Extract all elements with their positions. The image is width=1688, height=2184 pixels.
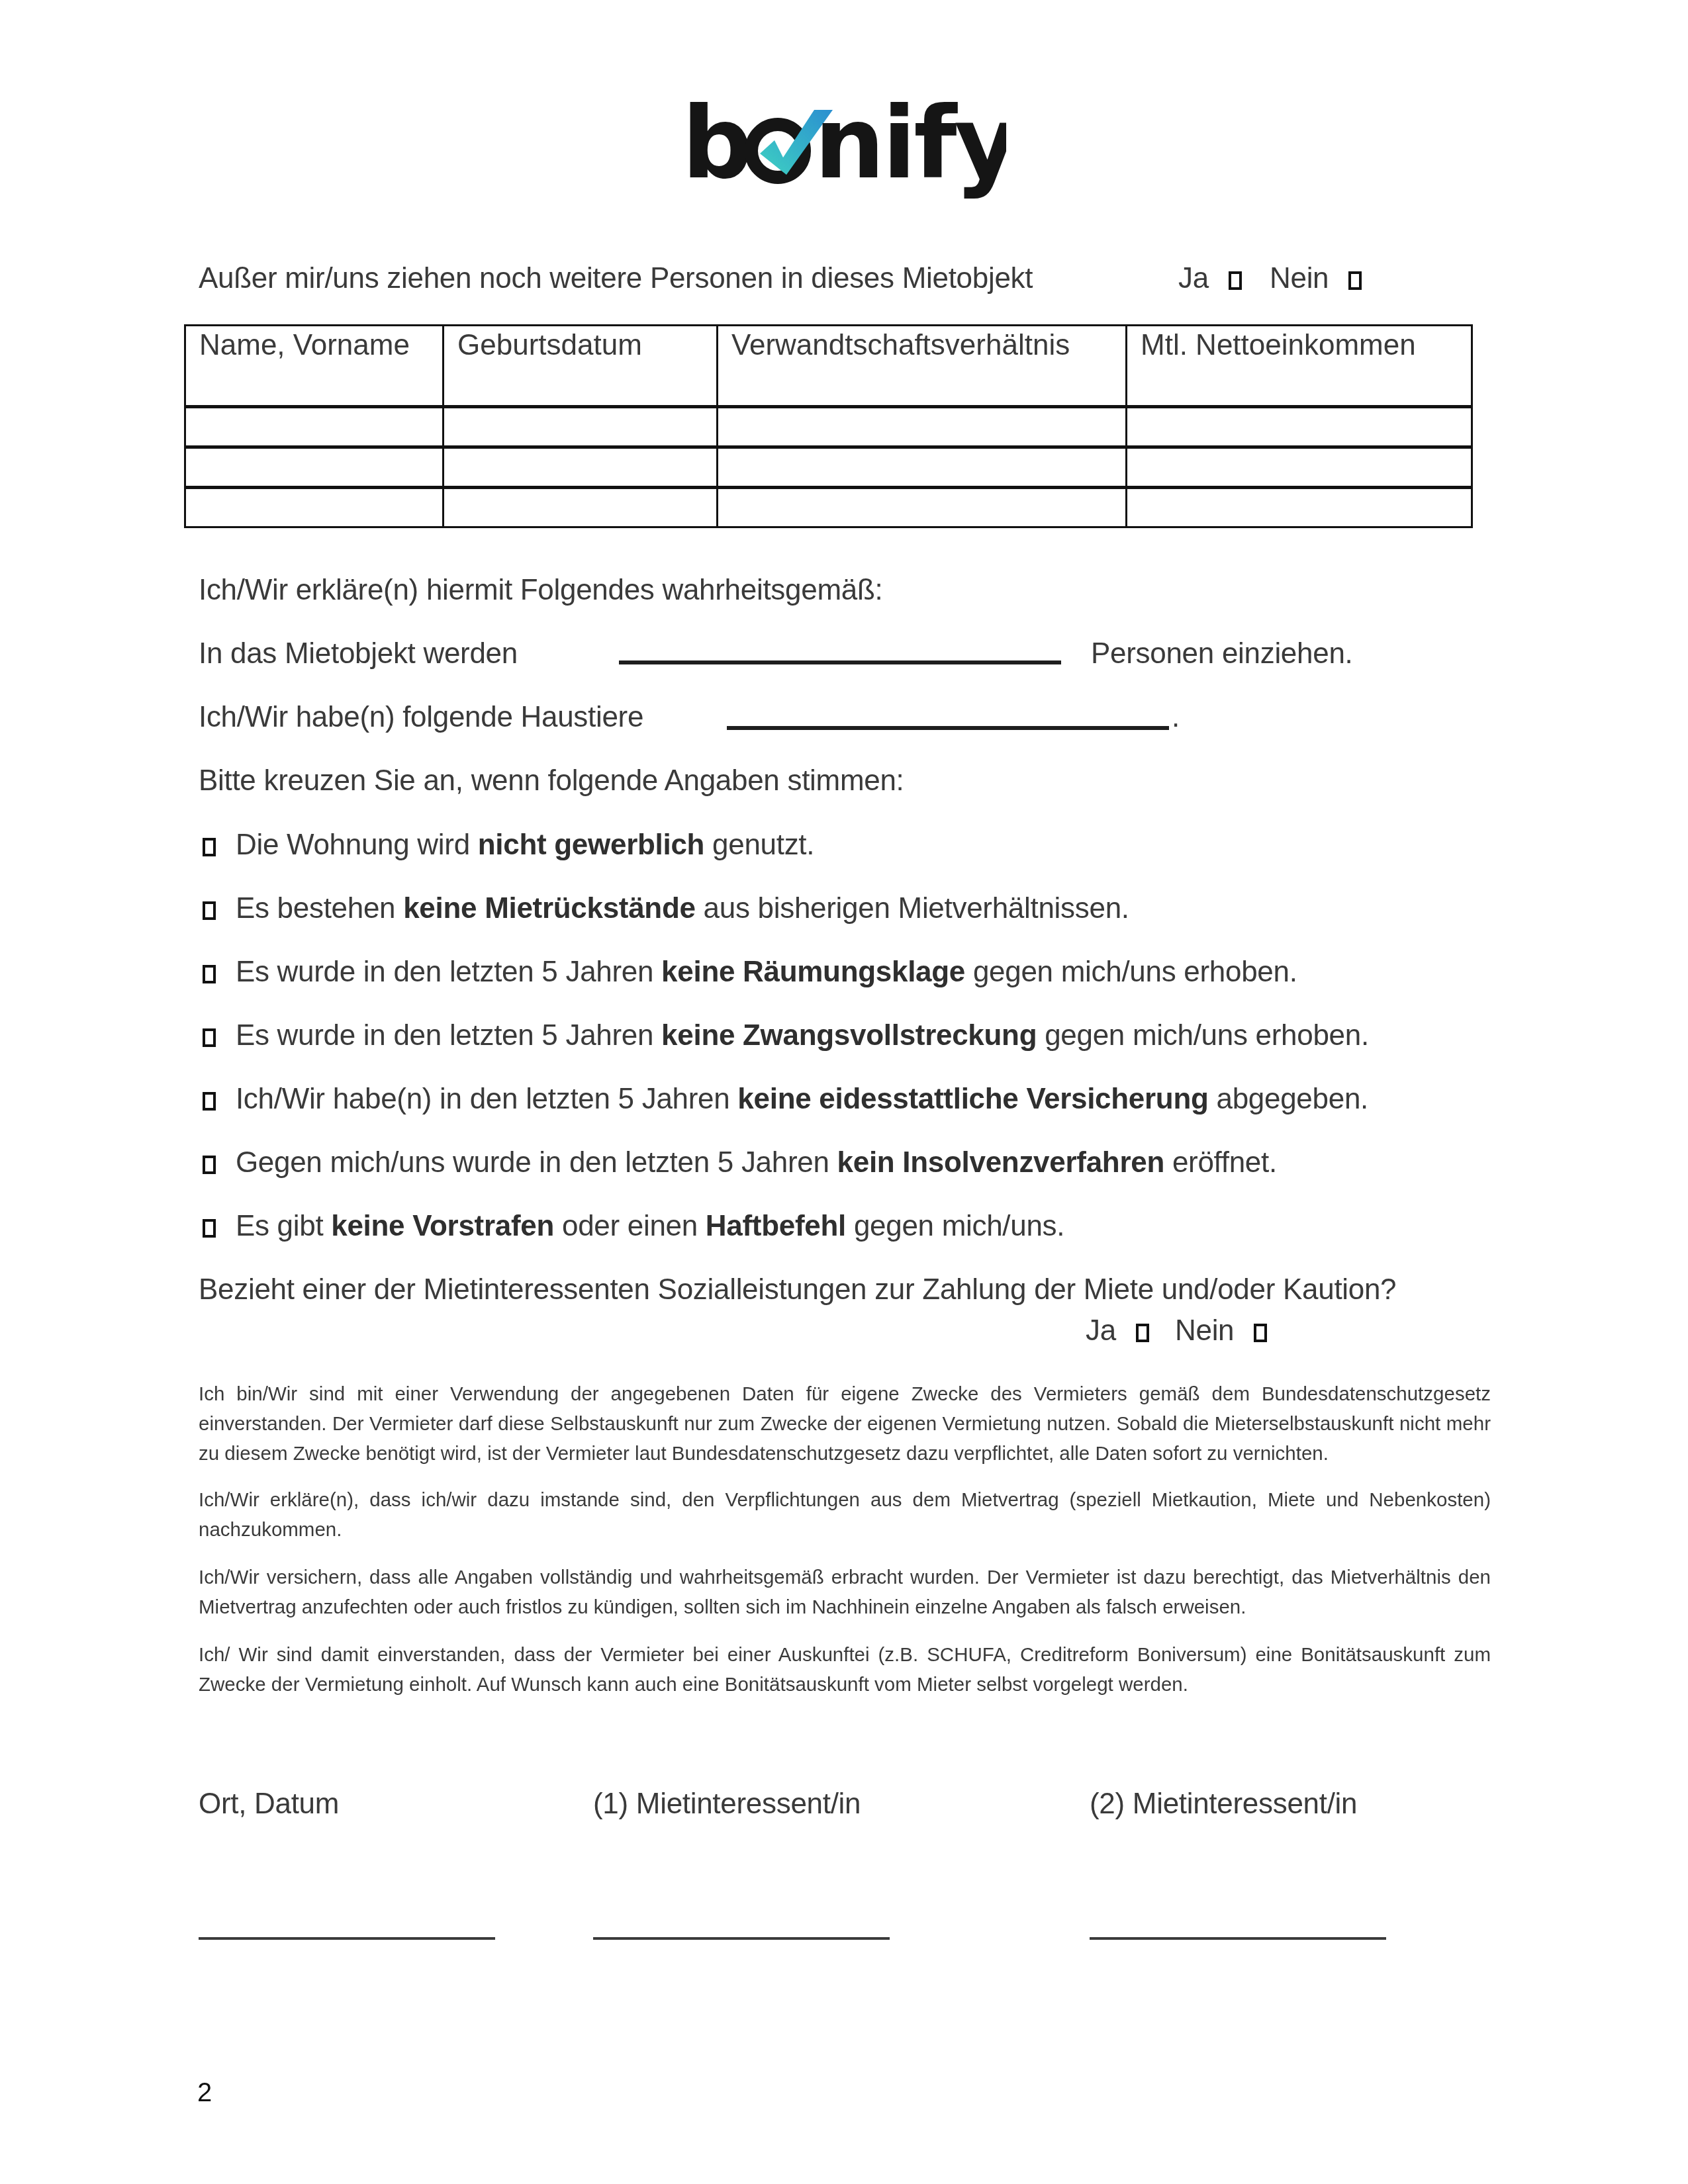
header-birthdate: Geburtsdatum — [444, 326, 718, 407]
signature-applicant-2-label: (2) Mietinteressent/in — [1090, 1787, 1357, 1821]
cell-income[interactable] — [1127, 447, 1472, 488]
bonify-logo: b nify — [682, 93, 1006, 205]
checklist-text: Es bestehen keine Mietrückstände aus bis… — [236, 892, 1129, 925]
yes-label: Ja — [1086, 1314, 1116, 1347]
checklist-item: Es bestehen keine Mietrückstände aus bis… — [203, 891, 1129, 926]
legal-paragraph-data-protection: Ich bin/Wir sind mit einer Verwendung de… — [199, 1379, 1491, 1469]
persons-count-suffix: Personen einziehen. — [1091, 637, 1352, 671]
declaration-intro: Ich/Wir erkläre(n) hiermit Folgendes wah… — [199, 573, 882, 608]
no-label: Nein — [1270, 262, 1329, 295]
logo-letter-b: b — [682, 93, 753, 201]
checklist-item: Es wurde in den letzten 5 Jahren keine R… — [203, 955, 1297, 989]
yes-checkbox[interactable] — [1136, 1324, 1149, 1342]
signature-applicant-2-line[interactable] — [1090, 1937, 1386, 1940]
page-number: 2 — [197, 2078, 212, 2108]
cell-income[interactable] — [1127, 407, 1472, 447]
table-row — [185, 407, 1472, 447]
checklist-item: Ich/Wir habe(n) in den letzten 5 Jahren … — [203, 1082, 1368, 1116]
checklist-checkbox[interactable] — [203, 965, 216, 983]
cell-name[interactable] — [185, 407, 444, 447]
persons-count-field[interactable] — [619, 660, 1061, 664]
checklist-text: Ich/Wir habe(n) in den letzten 5 Jahren … — [236, 1083, 1368, 1115]
checklist-text: Es gibt keine Vorstrafen oder einen Haft… — [236, 1210, 1064, 1242]
pets-field[interactable] — [727, 726, 1169, 730]
cell-relationship[interactable] — [718, 488, 1127, 527]
checklist-checkbox[interactable] — [203, 1219, 216, 1238]
checklist-checkbox[interactable] — [203, 901, 216, 920]
persons-table: Name, Vorname Geburtsdatum Verwandtschaf… — [184, 324, 1473, 528]
cell-income[interactable] — [1127, 488, 1472, 527]
signature-place-date-line[interactable] — [199, 1937, 495, 1940]
checklist-text: Die Wohnung wird nicht gewerblich genutz… — [236, 829, 814, 861]
legal-paragraph-obligations: Ich/Wir erkläre(n), dass ich/wir dazu im… — [199, 1485, 1491, 1545]
yes-checkbox[interactable] — [1229, 271, 1242, 290]
social-benefits-no: Nein — [1175, 1314, 1267, 1348]
additional-persons-yes: Ja — [1178, 261, 1242, 296]
cell-birthdate[interactable] — [444, 407, 718, 447]
cell-name[interactable] — [185, 447, 444, 488]
checklist-checkbox[interactable] — [203, 1028, 216, 1047]
cell-birthdate[interactable] — [444, 488, 718, 527]
checklist-item: Die Wohnung wird nicht gewerblich genutz… — [203, 828, 814, 862]
logo-letters-nify: nify — [814, 93, 1006, 201]
header-relationship: Verwandtschaftsverhältnis — [718, 326, 1127, 407]
signature-applicant-1-label: (1) Mietinteressent/in — [593, 1787, 861, 1821]
checklist-checkbox[interactable] — [203, 1156, 216, 1174]
checklist-item: Es wurde in den letzten 5 Jahren keine Z… — [203, 1019, 1369, 1053]
additional-persons-question: Außer mir/uns ziehen noch weitere Person… — [199, 261, 1033, 296]
header-name: Name, Vorname — [185, 326, 444, 407]
signature-applicant-1-line[interactable] — [593, 1937, 890, 1940]
header-income: Mtl. Nettoeinkommen — [1127, 326, 1472, 407]
checklist-text: Es wurde in den letzten 5 Jahren keine Z… — [236, 1019, 1369, 1052]
bonify-logo-graphic: b nify — [682, 93, 1006, 205]
persons-count-label: In das Mietobjekt werden — [199, 637, 518, 671]
checklist-checkbox[interactable] — [203, 838, 216, 856]
checklist-checkbox[interactable] — [203, 1092, 216, 1111]
pets-label: Ich/Wir habe(n) folgende Haustiere — [199, 700, 643, 735]
checklist-item: Es gibt keine Vorstrafen oder einen Haft… — [203, 1209, 1064, 1244]
cell-relationship[interactable] — [718, 447, 1127, 488]
checklist-item: Gegen mich/uns wurde in den letzten 5 Ja… — [203, 1146, 1277, 1180]
table-header-row: Name, Vorname Geburtsdatum Verwandtschaf… — [185, 326, 1472, 407]
legal-paragraph-truthfulness: Ich/Wir versichern, dass alle Angaben vo… — [199, 1563, 1491, 1622]
pets-suffix: . — [1172, 700, 1180, 735]
no-checkbox[interactable] — [1254, 1324, 1267, 1342]
legal-paragraph-credit-check: Ich/ Wir sind damit einverstanden, dass … — [199, 1640, 1491, 1700]
table-row — [185, 447, 1472, 488]
checklist-text: Gegen mich/uns wurde in den letzten 5 Ja… — [236, 1146, 1277, 1179]
cell-birthdate[interactable] — [444, 447, 718, 488]
checklist-intro: Bitte kreuzen Sie an, wenn folgende Anga… — [199, 764, 904, 798]
cell-relationship[interactable] — [718, 407, 1127, 447]
cell-name[interactable] — [185, 488, 444, 527]
additional-persons-no: Nein — [1270, 261, 1362, 296]
no-label: Nein — [1175, 1314, 1234, 1347]
signature-place-date-label: Ort, Datum — [199, 1787, 339, 1821]
table-row — [185, 488, 1472, 527]
checklist-text: Es wurde in den letzten 5 Jahren keine R… — [236, 956, 1297, 988]
social-benefits-yes: Ja — [1086, 1314, 1149, 1348]
no-checkbox[interactable] — [1348, 271, 1362, 290]
yes-label: Ja — [1178, 262, 1209, 295]
social-benefits-question: Bezieht einer der Mietinteressenten Sozi… — [199, 1273, 1396, 1307]
